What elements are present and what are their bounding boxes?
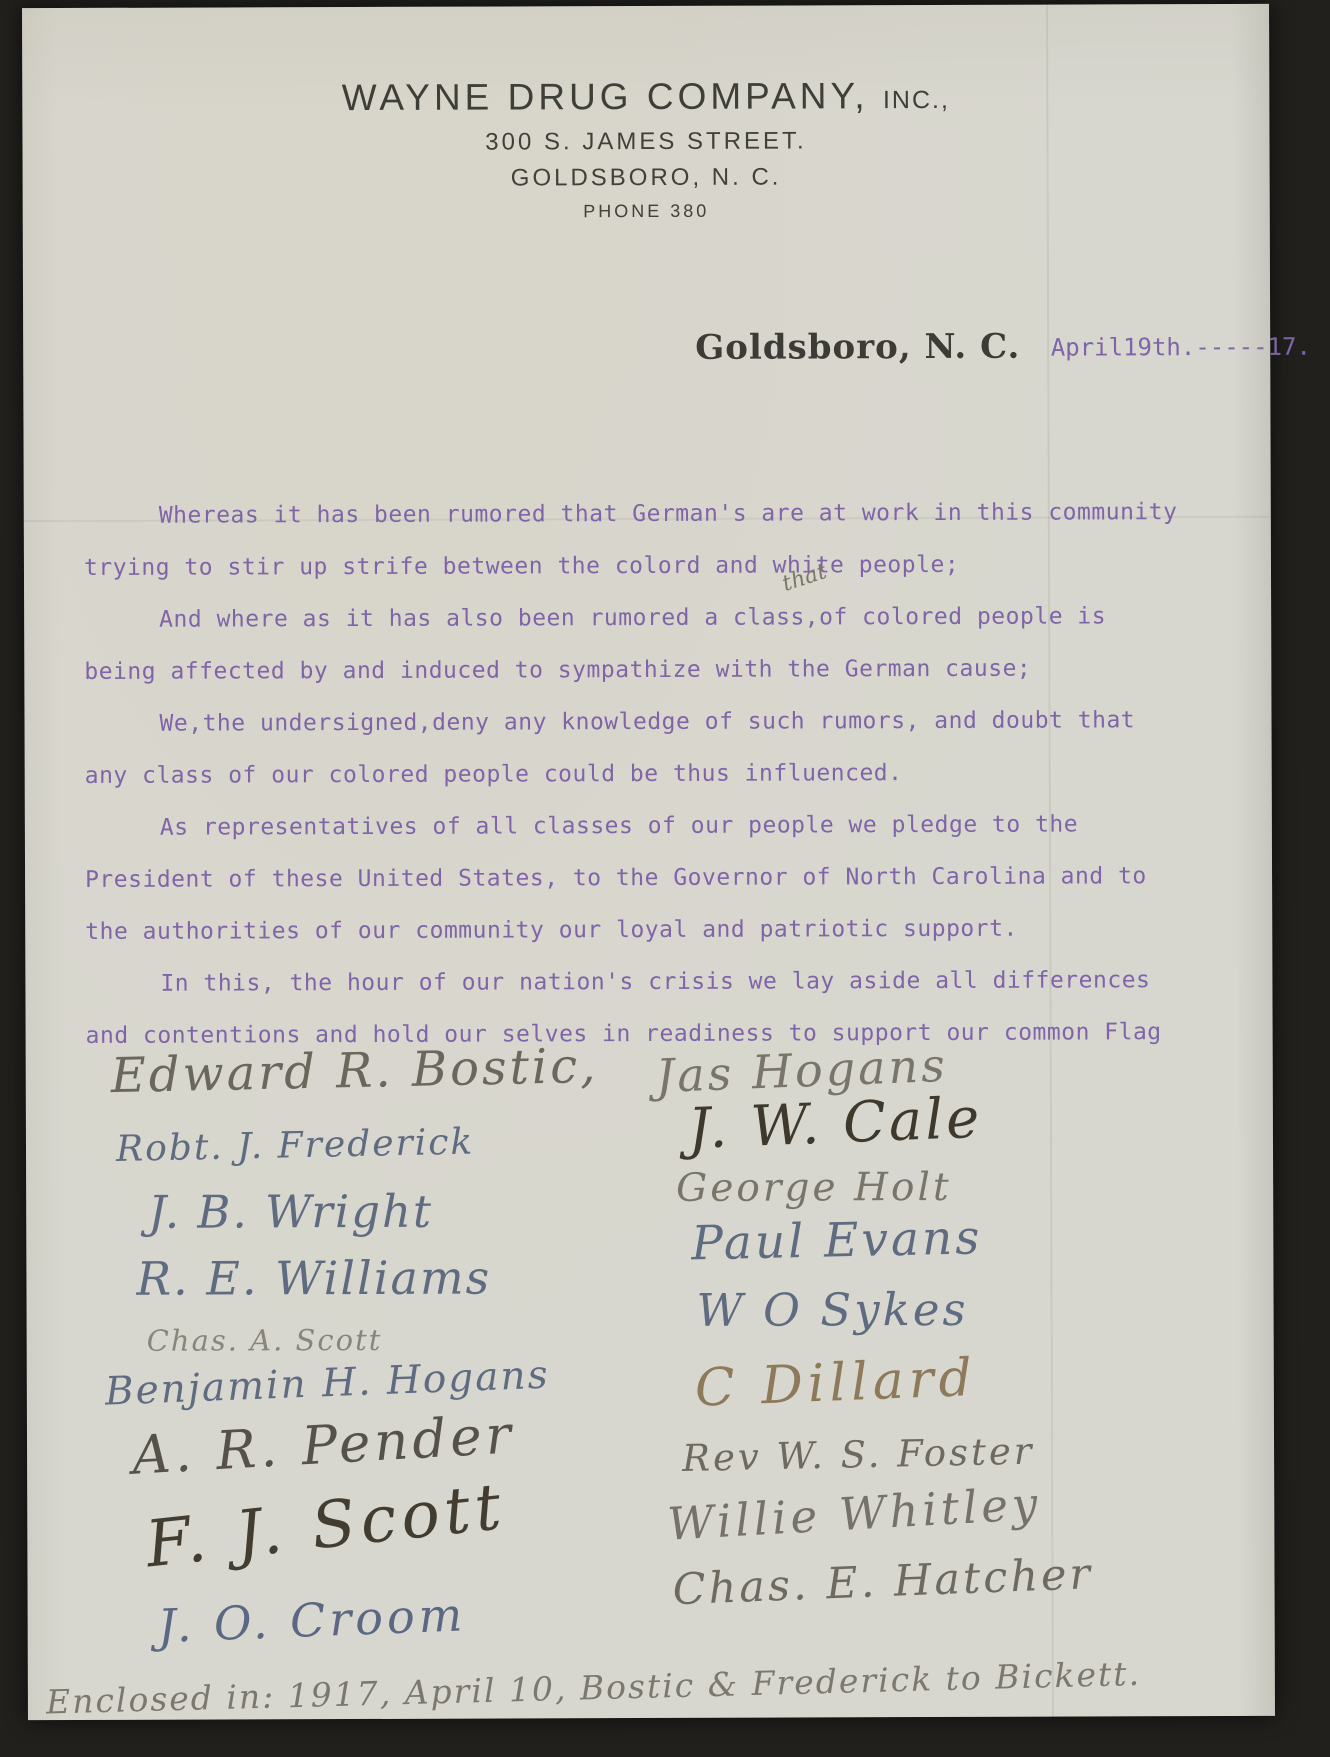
signature-r-e-williams: R. E. Williams [136,1251,491,1306]
letterhead-address: 300 S. JAMES STREET. [22,126,1269,158]
signature-chas-a-scott: Chas. A. Scott [147,1323,383,1358]
body-line: President of these United States, to the… [85,850,1190,906]
letterhead-company: WAYNE DRUG COMPANY, INC., [22,74,1269,120]
body-line: Whereas it has been rumored that German'… [84,486,1189,542]
signature-f-j-scott: F. J. Scott [142,1470,509,1583]
body-line: In this, the hour of our nation's crisis… [85,954,1190,1010]
body-line: And where as it has also been rumored a … [84,590,1189,646]
signature-rev-w-s-foster: Rev W. S. Foster [682,1430,1035,1480]
signature-robt-j-frederick: Robt. J. Frederick [116,1121,475,1169]
signature-willie-whitley: Willie Whitley [666,1477,1043,1551]
dateline-date: April19th.-----17. [1051,333,1311,362]
body-line: trying to stir up strife between the col… [84,538,1189,594]
body-line: any class of our colored people could be… [85,746,1190,802]
dateline: Goldsboro, N. C. April19th.-----17. [695,326,1311,368]
signature-j-b-wright: J. B. Wright [148,1185,433,1239]
body-line: We,the undersigned,deny any knowledge of… [84,694,1189,750]
letterhead-phone: PHONE 380 [23,199,1270,224]
letter-body: Whereas it has been rumored that German'… [84,486,1191,1062]
archival-note: Enclosed in: 1917, April 10, Bostic & Fr… [46,1654,1142,1722]
dateline-place: Goldsboro, N. C. [695,327,1020,368]
body-line: As representatives of all classes of our… [85,798,1190,854]
signature-edward-r-bostic: Edward R. Bostic, [110,1038,599,1104]
signature-c-dillard: C Dillard [694,1348,978,1419]
letterhead-company-name: WAYNE DRUG COMPANY, [342,75,869,118]
letterhead-city: GOLDSBORO, N. C. [23,162,1270,194]
letterhead: WAYNE DRUG COMPANY, INC., 300 S. JAMES S… [22,74,1270,224]
signature-j-w-cale: J. W. Cale [687,1086,984,1162]
signature-w-o-sykes: W O Sykes [696,1283,968,1337]
signature-george-holt: George Holt [676,1165,952,1211]
letterhead-company-suffix: INC., [883,86,950,114]
letter-page: WAYNE DRUG COMPANY, INC., 300 S. JAMES S… [22,4,1275,1720]
signature-chas-e-hatcher: Chas. E. Hatcher [672,1549,1094,1615]
body-line: the authorities of our community our loy… [85,902,1190,958]
body-line: being affected by and induced to sympath… [84,642,1189,698]
signature-j-o-croom: J. O. Croom [157,1587,467,1653]
signature-paul-evans: Paul Evans [691,1210,983,1271]
